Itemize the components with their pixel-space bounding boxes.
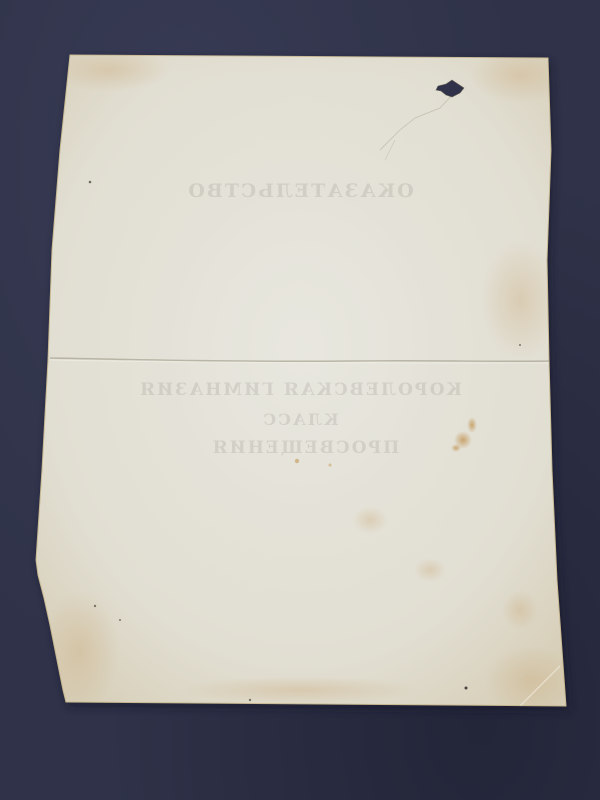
paper-sheet xyxy=(0,0,600,800)
document-photo xyxy=(0,0,600,800)
